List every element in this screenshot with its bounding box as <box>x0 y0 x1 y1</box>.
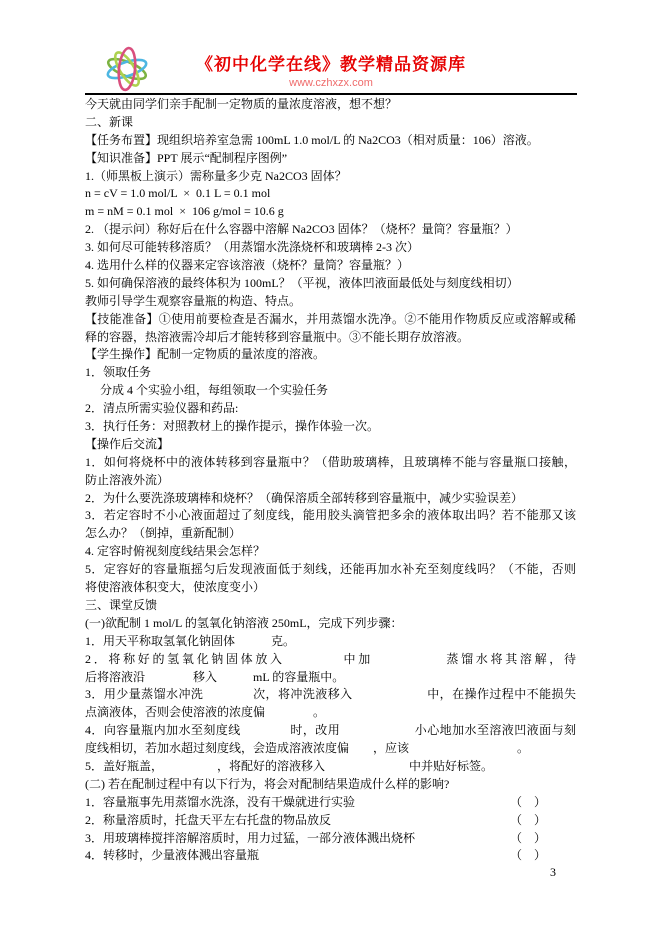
text-line: 5．盖好瓶盖， ，将配好的溶液移入 中并贴好标签。 <box>85 758 576 776</box>
text-line-content: 2. （提示问）称好后在什么容器中溶解 Na2CO3 固体？（烧杯？量筒？容量瓶… <box>85 222 518 236</box>
text-line-content: 3．若定容时不小心液面超过了刻度线，能用胶头滴管把多余的液体取出吗？若不能那又该 <box>85 508 576 522</box>
text-line-content: 4. 定容时俯视刻度线结果会怎样？ <box>85 544 265 558</box>
text-line-content: 3. 如何尽可能转移溶质？（用蒸馏水洗涤烧杯和玻璃棒 2-3 次） <box>85 240 419 254</box>
text-line-content: 1．用天平称取氢氧化钠固体 克。 <box>85 634 295 648</box>
text-line-content: 释的容器，热溶液需冷却后才能转移到容量瓶中。③不能长期存放溶液。 <box>85 330 469 344</box>
text-line-content: 5．定容好的容量瓶摇匀后发现液面低于刻线，还能再加水补充至刻度线吗？（不能，否则 <box>85 562 576 576</box>
text-line: 1．领取任务 <box>85 364 576 382</box>
text-line-content: (二) 若在配制过程中有以下行为，将会对配制结果造成什么样的影响? <box>85 777 449 791</box>
text-line: 1．容量瓶事先用蒸馏水洗涤，没有干燥就进行实验（ ） <box>85 794 576 812</box>
site-title: 《初中化学在线》教学精品资源库 <box>85 50 577 75</box>
text-line: 3．用玻璃棒搅拌溶解溶质时，用力过猛，一部分液体溅出烧杯（ ） <box>85 830 576 848</box>
document-body: 今天就由同学们亲手配制一定物质的量浓度溶液，想不想？二、新课【任务布置】现组织培… <box>85 96 576 865</box>
document-page: 《初中化学在线》教学精品资源库 www.czhxzx.com 今天就由同学们亲手… <box>0 0 661 935</box>
text-line-content: (一)欲配制 1 mol/L 的氢氧化钠溶液 250mL，完成下列步骤： <box>85 616 403 630</box>
text-line: n = cV = 1.0 mol/L × 0.1 L = 0.1 mol <box>85 185 576 203</box>
text-line-content: 度线相切，若加水超过刻度线，会造成溶液浓度偏 ，应该 。 <box>85 741 529 755</box>
text-line-content: 防止溶液外流） <box>85 473 169 487</box>
document-header: 《初中化学在线》教学精品资源库 www.czhxzx.com <box>85 42 577 92</box>
text-line-content: 5．盖好瓶盖， ，将配好的溶液移入 中并贴好标签。 <box>85 759 493 773</box>
text-line: 1．如何将烧杯中的液体转移到容量瓶中？（借助玻璃棒，且玻璃棒不能与容量瓶口接触， <box>85 454 576 472</box>
text-line-content: 教师引导学生观察容量瓶的构造、特点。 <box>85 294 301 308</box>
text-line-content: 今天就由同学们亲手配制一定物质的量浓度溶液，想不想？ <box>85 97 397 111</box>
text-line-content: 后将溶液沿 移入 mL 的容量瓶中。 <box>85 670 344 684</box>
text-line-content: 3．用玻璃棒搅拌溶解溶质时，用力过猛，一部分液体溅出烧杯 <box>85 830 415 848</box>
header-text-block: 《初中化学在线》教学精品资源库 www.czhxzx.com <box>85 42 577 89</box>
text-line-content: 4．向容量瓶内加水至刻度线 时，改用 小心地加水至溶液凹液面与刻 <box>85 723 576 737</box>
text-line: 2. （提示问）称好后在什么容器中溶解 Na2CO3 固体？（烧杯？量筒？容量瓶… <box>85 221 576 239</box>
text-line: 怎么办？（倒掉，重新配制） <box>85 525 576 543</box>
text-line: 4．转移时，少量液体溅出容量瓶（ ） <box>85 847 576 865</box>
text-line: 【知识准备】PPT 展示“配制程序图例” <box>85 150 576 168</box>
text-line: m = nM = 0.1 mol × 106 g/mol = 10.6 g <box>85 203 576 221</box>
text-line: (二) 若在配制过程中有以下行为，将会对配制结果造成什么样的影响? <box>85 776 576 794</box>
page-number: 3 <box>550 864 556 880</box>
answer-bracket: （ ） <box>510 794 576 812</box>
text-line-content: 3．执行任务：对照教材上的操作提示，操作体验一次。 <box>85 419 379 433</box>
text-line: 后将溶液沿 移入 mL 的容量瓶中。 <box>85 669 576 687</box>
text-line: 【学生操作】配制一定物质的量浓度的溶液。 <box>85 346 576 364</box>
text-line-content: n = cV = 1.0 mol/L × 0.1 L = 0.1 mol <box>85 186 270 200</box>
text-line-content: 2．清点所需实验仪器和药品: <box>85 401 238 415</box>
text-line: 2．将称好的氢氧化钠固体放入 中加 蒸馏水将其溶解，待 <box>85 651 576 669</box>
text-line-content: 怎么办？（倒掉，重新配制） <box>85 526 241 540</box>
text-line-content: 2．将称好的氢氧化钠固体放入 中加 蒸馏水将其溶解，待 <box>85 652 576 666</box>
text-line-content: 5. 如何确保溶液的最终体积为 100mL？（平视，液体凹液面最低处与刻度线相切… <box>85 276 519 290</box>
text-line: 3．若定容时不小心液面超过了刻度线，能用胶头滴管把多余的液体取出吗？若不能那又该 <box>85 507 576 525</box>
text-line: 2．清点所需实验仪器和药品: <box>85 400 576 418</box>
site-url[interactable]: www.czhxzx.com <box>85 77 577 89</box>
text-line: 3．用少量蒸馏水冲洗 次，将冲洗液移入 中，在操作过程中不能损失 <box>85 686 576 704</box>
text-line: 5. 如何确保溶液的最终体积为 100mL？（平视，液体凹液面最低处与刻度线相切… <box>85 275 576 293</box>
text-line-content: 分成 4 个实验小组，每组领取一个实验任务 <box>85 383 328 397</box>
text-line: 【技能准备】①使用前要检查是否漏水，并用蒸馏水洗净。②不能用作物质反应或溶解或稀 <box>85 311 576 329</box>
text-line: 4．向容量瓶内加水至刻度线 时，改用 小心地加水至溶液凹液面与刻 <box>85 722 576 740</box>
text-line: 点滴液体，否则会使溶液的浓度偏 。 <box>85 704 576 722</box>
text-line-content: 【技能准备】①使用前要检查是否漏水，并用蒸馏水洗净。②不能用作物质反应或溶解或稀 <box>85 312 576 326</box>
text-line-content: 【操作后交流】 <box>85 437 169 451</box>
text-line: 【任务布置】现组织培养室急需 100mL 1.0 mol/L 的 Na2CO3（… <box>85 132 576 150</box>
text-line-content: 【任务布置】现组织培养室急需 100mL 1.0 mol/L 的 Na2CO3（… <box>85 133 539 147</box>
text-line-content: 4. 选用什么样的仪器来定容该溶液（烧杯？量筒？容量瓶？） <box>85 258 409 272</box>
text-line-content: 1.（师黑板上演示）需称量多少克 Na2CO3 固体？ <box>85 169 347 183</box>
text-line: 防止溶液外流） <box>85 472 576 490</box>
text-line: 【操作后交流】 <box>85 436 576 454</box>
text-line-content: 【知识准备】PPT 展示“配制程序图例” <box>85 151 287 165</box>
text-line: 三、课堂反馈 <box>85 597 576 615</box>
text-line-content: 1．容量瓶事先用蒸馏水洗涤，没有干燥就进行实验 <box>85 794 355 812</box>
text-line: 释的容器，热溶液需冷却后才能转移到容量瓶中。③不能长期存放溶液。 <box>85 329 576 347</box>
text-line: 今天就由同学们亲手配制一定物质的量浓度溶液，想不想？ <box>85 96 576 114</box>
text-line: 度线相切，若加水超过刻度线，会造成溶液浓度偏 ，应该 。 <box>85 740 576 758</box>
text-line-content: m = nM = 0.1 mol × 106 g/mol = 10.6 g <box>85 204 284 218</box>
text-line: 2．为什么要洗涤玻璃棒和烧杯？（确保溶质全部转移到容量瓶中，减少实验误差） <box>85 490 576 508</box>
text-line-content: 点滴液体，否则会使溶液的浓度偏 。 <box>85 705 325 719</box>
text-line: 4. 选用什么样的仪器来定容该溶液（烧杯？量筒？容量瓶？） <box>85 257 576 275</box>
text-line-content: 4．转移时，少量液体溅出容量瓶 <box>85 847 259 865</box>
text-line-content: 三、课堂反馈 <box>85 598 157 612</box>
text-line: 4. 定容时俯视刻度线结果会怎样？ <box>85 543 576 561</box>
text-line: 1.（师黑板上演示）需称量多少克 Na2CO3 固体？ <box>85 168 576 186</box>
answer-bracket: （ ） <box>510 830 576 848</box>
text-line-content: 3．用少量蒸馏水冲洗 次，将冲洗液移入 中，在操作过程中不能损失 <box>85 687 576 701</box>
answer-bracket: （ ） <box>510 812 576 830</box>
text-line-content: 将使溶液体积变大，使浓度变小） <box>85 580 265 594</box>
text-line-content: 1．如何将烧杯中的液体转移到容量瓶中？（借助玻璃棒，且玻璃棒不能与容量瓶口接触， <box>85 455 576 469</box>
text-line: 3. 如何尽可能转移溶质？（用蒸馏水洗涤烧杯和玻璃棒 2-3 次） <box>85 239 576 257</box>
text-line: 教师引导学生观察容量瓶的构造、特点。 <box>85 293 576 311</box>
text-line-content: 【学生操作】配制一定物质的量浓度的溶液。 <box>85 347 325 361</box>
header-divider <box>85 93 577 95</box>
text-line-content: 1．领取任务 <box>85 365 151 379</box>
text-line: (一)欲配制 1 mol/L 的氢氧化钠溶液 250mL，完成下列步骤： <box>85 615 576 633</box>
text-line: 二、新课 <box>85 114 576 132</box>
text-line: 1．用天平称取氢氧化钠固体 克。 <box>85 633 576 651</box>
text-line-content: 二、新课 <box>85 115 133 129</box>
text-line: 5．定容好的容量瓶摇匀后发现液面低于刻线，还能再加水补充至刻度线吗？（不能，否则 <box>85 561 576 579</box>
answer-bracket: （ ） <box>510 847 576 865</box>
text-line: 将使溶液体积变大，使浓度变小） <box>85 579 576 597</box>
text-line: 分成 4 个实验小组，每组领取一个实验任务 <box>85 382 576 400</box>
text-line: 3．执行任务：对照教材上的操作提示，操作体验一次。 <box>85 418 576 436</box>
text-line-content: 2．为什么要洗涤玻璃棒和烧杯？（确保溶质全部转移到容量瓶中，减少实验误差） <box>85 491 523 505</box>
text-line: 2．称量溶质时，托盘天平左右托盘的物品放反（ ） <box>85 812 576 830</box>
text-line-content: 2．称量溶质时，托盘天平左右托盘的物品放反 <box>85 812 331 830</box>
